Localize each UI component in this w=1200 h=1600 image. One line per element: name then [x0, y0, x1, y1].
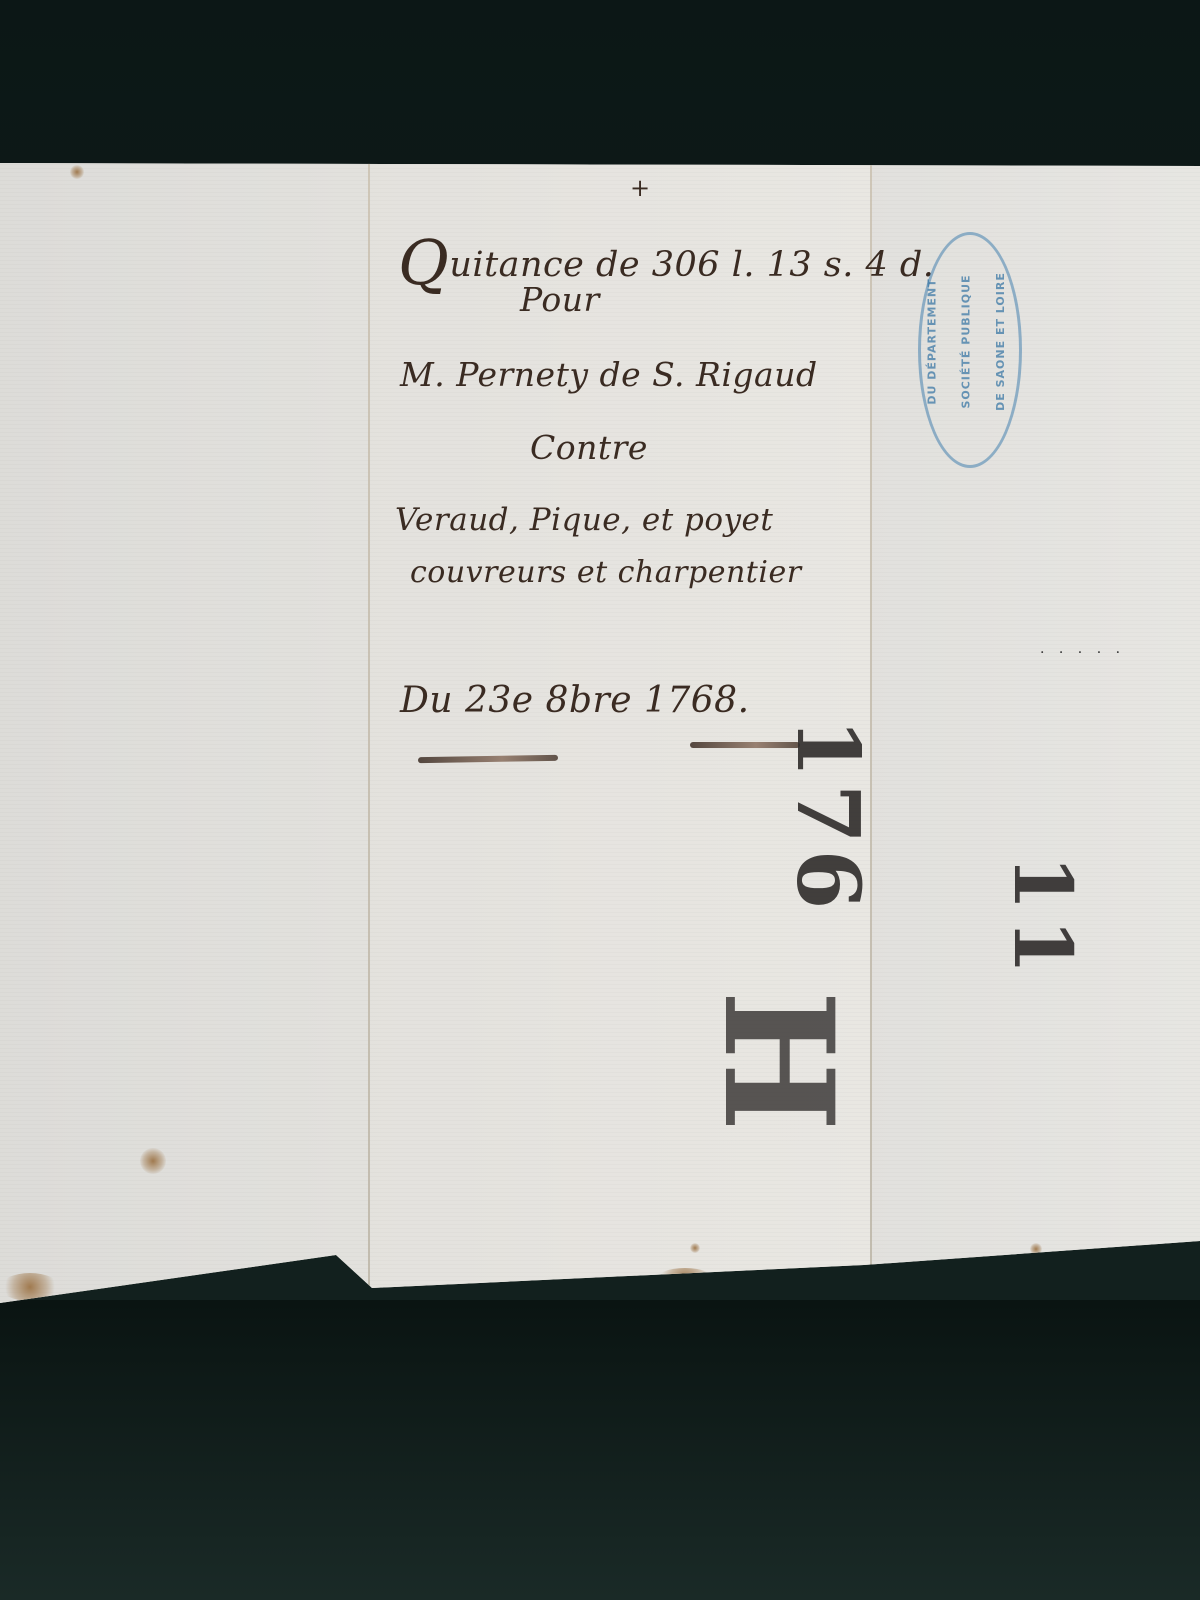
dark-background: [0, 1300, 1200, 1600]
cross-mark: +: [630, 174, 651, 202]
trades-line: couvreurs et charpentier: [410, 555, 802, 590]
stencil-reference-number: 11: [996, 855, 1090, 982]
title-text: uitance de 306 l. 13 s. 4 d.: [449, 245, 934, 285]
ink-stain: [70, 165, 84, 179]
stamp-text-outer-right: DE SAONE ET LOIRE: [994, 272, 1007, 411]
stencil-shelf-number: 176: [777, 718, 878, 916]
archive-stamp: DU DÉPARTEMENT SOCIÉTÉ PUBLIQUE DE SAONE…: [918, 232, 1022, 468]
edge-stain: [0, 1273, 60, 1301]
foxing-stain: [140, 1148, 166, 1174]
stamp-text-middle: SOCIÉTÉ PUBLIQUE: [960, 274, 973, 408]
left-fold-panel: [0, 163, 368, 1305]
docket-title: Quitance de 306 l. 13 s. 4 d.: [398, 226, 934, 299]
docket-date: Du 23e 8bre 1768.: [400, 680, 750, 721]
ink-speckles: · · · · ·: [1040, 645, 1125, 661]
client-name: M. Pernety de S. Rigaud: [400, 355, 818, 394]
title-initial: Q: [398, 226, 449, 299]
stamp-text-outer-left: DU DÉPARTEMENT: [926, 278, 939, 404]
pour-line: Pour: [520, 280, 600, 319]
foxing-stain: [1030, 1243, 1042, 1255]
edge-stain: [655, 1268, 715, 1292]
fold-crease: [368, 163, 370, 1305]
contre-line: Contre: [530, 428, 648, 467]
stencil-series-letter: H: [690, 990, 866, 1124]
foxing-stain: [690, 1243, 700, 1253]
opposing-parties: Veraud, Pique, et poyet: [395, 502, 773, 538]
